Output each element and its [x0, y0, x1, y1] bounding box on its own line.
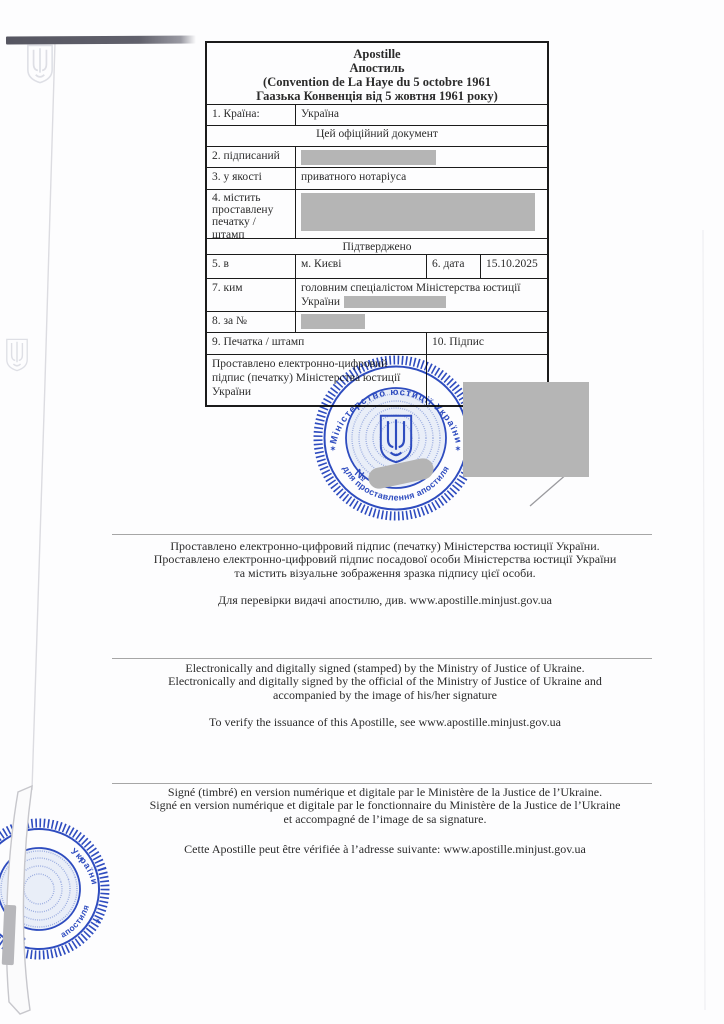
ministry-justice-round-stamp: Міністерство юстиції України для простав… — [310, 352, 482, 524]
redaction-box-large — [463, 382, 589, 477]
scanned-apostille-document: Apostille Апостиль (Convention de La Hay… — [0, 0, 724, 1024]
stamp-star-right-icon: ✶ — [455, 445, 461, 453]
scan-edge-strip — [6, 36, 196, 45]
stamp-star-left-icon: ✶ — [330, 445, 336, 453]
